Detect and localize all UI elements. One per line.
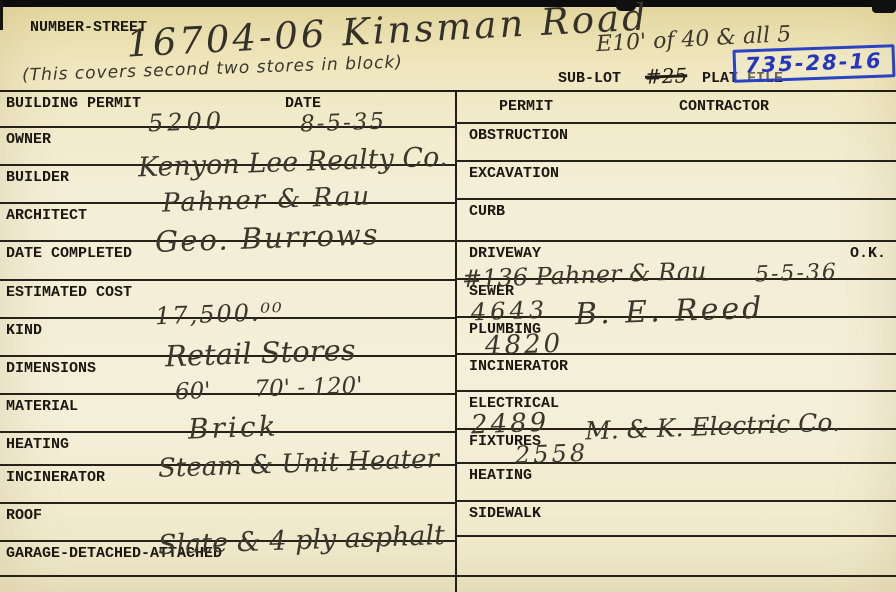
- permit-header-label: PERMIT: [499, 98, 553, 115]
- incinerator-label: INCINERATOR: [6, 469, 105, 486]
- material-value: Brick: [187, 409, 279, 445]
- heating-label: HEATING: [6, 436, 69, 453]
- builder-label: BUILDER: [6, 169, 69, 186]
- kind-value: Retail Stores: [164, 333, 356, 374]
- driveway-date-value: 5-5-36: [755, 260, 839, 288]
- contractor-header-label: CONTRACTOR: [679, 98, 769, 115]
- row-left-filler: [0, 577, 455, 592]
- row-sidewalk: SIDEWALK: [457, 502, 896, 537]
- electrical-permit-value: 2489: [471, 408, 550, 441]
- row-curb: CURB: [457, 200, 896, 242]
- sub-lot-crossed-value: #25: [645, 63, 688, 88]
- permit-contractor-column: PERMIT CONTRACTOR OBSTRUCTION EXCAVATION…: [455, 92, 896, 592]
- heating-right-label: HEATING: [469, 467, 532, 484]
- row-obstruction: OBSTRUCTION: [457, 124, 896, 162]
- estimated-cost-value: 17,500.⁰⁰: [155, 298, 285, 330]
- card-header: NUMBER-STREET 16704-06 Kinsman Road (Thi…: [0, 7, 896, 90]
- sub-lot-label: SUB-LOT: [558, 70, 621, 87]
- permit-date-value: 8-5-35: [300, 109, 387, 138]
- owner-label: OWNER: [6, 131, 51, 148]
- row-owner: OWNER Kenyon Lee Realty Co.: [0, 128, 455, 166]
- row-electrical: ELECTRICAL 2489 M. & K. Electric Co.: [457, 392, 896, 430]
- row-estimated-cost: ESTIMATED COST 17,500.⁰⁰: [0, 281, 455, 319]
- building-permit-label: BUILDING PERMIT: [6, 95, 141, 112]
- sewer-contractor-value: B. E. Reed: [574, 291, 764, 333]
- plumbing-permit-value: 4820: [485, 329, 564, 362]
- row-incinerator-right: INCINERATOR: [457, 355, 896, 392]
- row-driveway: DRIVEWAY O.K. #136 Pahner & Rau 5-5-36: [457, 242, 896, 280]
- dimensions-label: DIMENSIONS: [6, 360, 96, 377]
- building-info-column: BUILDING PERMIT DATE 5200 8-5-35 OWNER K…: [0, 92, 455, 592]
- fixtures-permit-value: 2558: [515, 439, 589, 470]
- architect-label: ARCHITECT: [6, 207, 87, 224]
- row-heating-right: HEATING: [457, 464, 896, 502]
- record-grid: BUILDING PERMIT DATE 5200 8-5-35 OWNER K…: [0, 90, 896, 592]
- date-completed-label: DATE COMPLETED: [6, 245, 132, 262]
- driveway-label: DRIVEWAY: [469, 245, 541, 262]
- roof-label: ROOF: [6, 507, 42, 524]
- row-building-permit: BUILDING PERMIT DATE 5200 8-5-35: [0, 92, 455, 128]
- driveway-ok-label: O.K.: [850, 245, 886, 262]
- curb-label: CURB: [469, 203, 505, 220]
- date-label: DATE: [285, 95, 321, 112]
- material-label: MATERIAL: [6, 398, 78, 415]
- row-blank: [457, 537, 896, 577]
- excavation-label: EXCAVATION: [469, 165, 559, 182]
- estimated-cost-label: ESTIMATED COST: [6, 284, 132, 301]
- incinerator-right-label: INCINERATOR: [469, 358, 568, 375]
- permit-number-value: 5200: [148, 107, 226, 138]
- obstruction-label: OBSTRUCTION: [469, 127, 568, 144]
- row-right-header: PERMIT CONTRACTOR: [457, 92, 896, 124]
- plat-file-number-stamp: 735-28-16: [732, 44, 895, 83]
- row-roof: ROOF Slate & 4 ply asphalt: [0, 504, 455, 542]
- building-permit-card: NUMBER-STREET 16704-06 Kinsman Road (Thi…: [0, 0, 896, 592]
- row-excavation: EXCAVATION: [457, 162, 896, 200]
- sidewalk-label: SIDEWALK: [469, 505, 541, 522]
- kind-label: KIND: [6, 322, 42, 339]
- row-right-filler: [457, 577, 896, 592]
- sewer-permit-value: 4643: [471, 296, 549, 327]
